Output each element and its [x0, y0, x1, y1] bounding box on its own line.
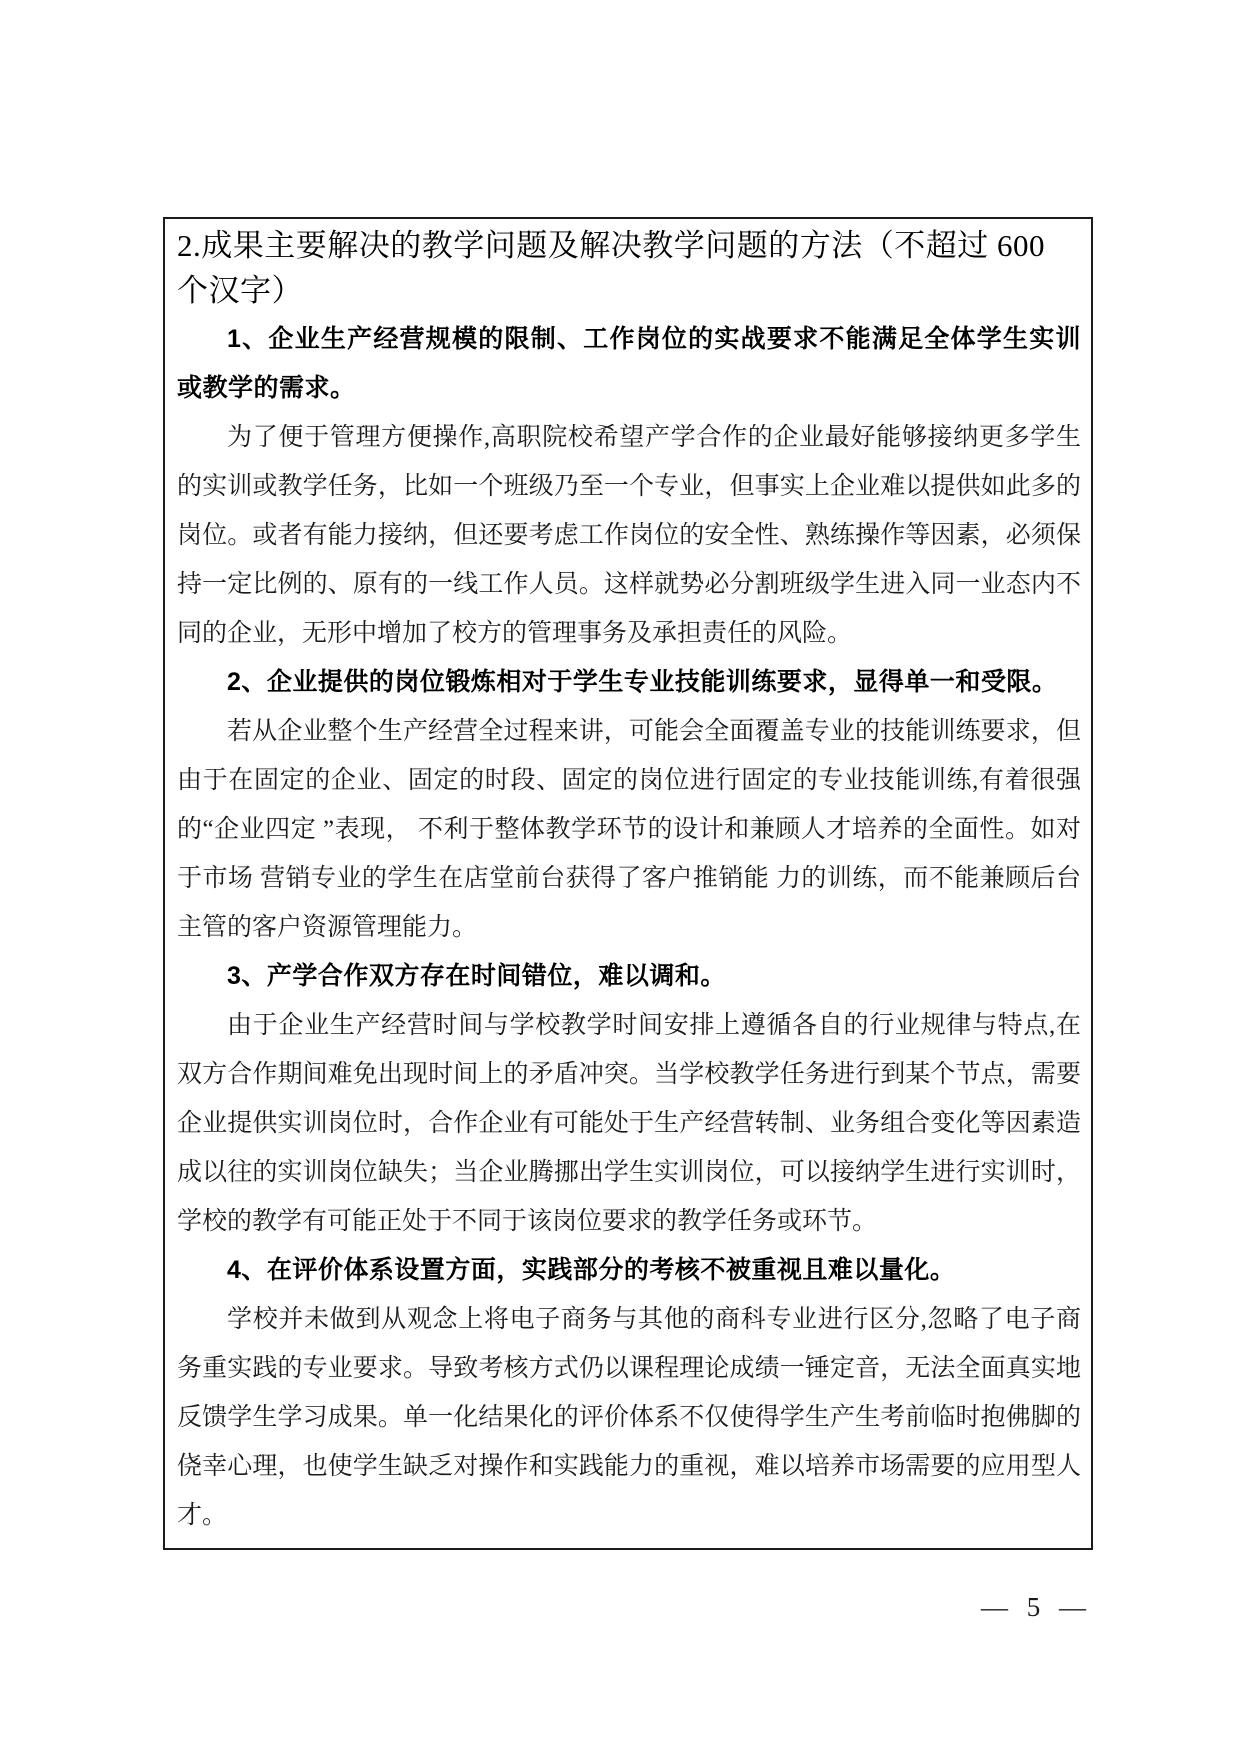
- problem-body-paragraph: 为了便于管理方便操作,高职院校希望产学合作的企业最好能够接纳更多学生的实训或教学…: [177, 413, 1081, 658]
- problem-heading: 2、企业提供的岗位锻炼相对于学生专业技能训练要求，显得单一和受限。: [177, 658, 1081, 707]
- problem-body-paragraph: 学校并未做到从观念上将电子商务与其他的商科专业进行区分,忽略了电子商务重实践的专…: [177, 1295, 1081, 1540]
- problem-body-paragraph: 由于企业生产经营时间与学校教学时间安排上遵循各自的行业规律与特点,在双方合作期间…: [177, 1001, 1081, 1246]
- problem-heading: 1、企业生产经营规模的限制、工作岗位的实战要求不能满足全体学生实训或教学的需求。: [177, 315, 1081, 413]
- problem-body-paragraph: 若从企业整个生产经营全过程来讲，可能会全面覆盖专业的技能训练要求，但由于在固定的…: [177, 707, 1081, 952]
- document-page: { "section": { "title": "2.成果主要解决的教学问题及解…: [0, 0, 1240, 1753]
- problem-heading: 4、在评价体系设置方面，实践部分的考核不被重视且难以量化。: [177, 1246, 1081, 1295]
- form-cell-border: 2.成果主要解决的教学问题及解决教学问题的方法（不超过 600 个汉字） 1、企…: [163, 217, 1093, 1550]
- page-number: — 5 —: [981, 1592, 1092, 1623]
- problem-heading: 3、产学合作双方存在时间错位，难以调和。: [177, 952, 1081, 1001]
- section-body: 1、企业生产经营规模的限制、工作岗位的实战要求不能满足全体学生实训或教学的需求。…: [177, 315, 1081, 1540]
- section-title: 2.成果主要解决的教学问题及解决教学问题的方法（不超过 600 个汉字）: [177, 223, 1081, 313]
